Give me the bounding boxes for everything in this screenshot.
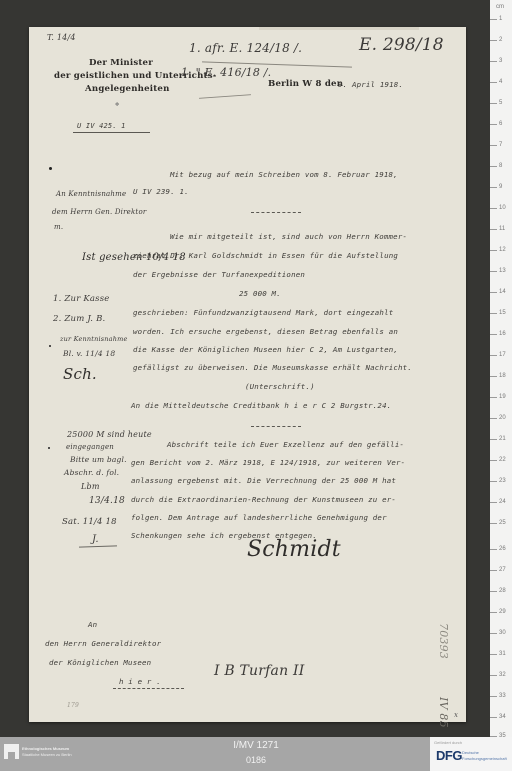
dfg-name-2: Forschungsgemeinschaft (462, 756, 507, 761)
punch-mark (49, 345, 51, 347)
margin-note-8-stroke (79, 545, 117, 547)
para3-line2: gen Bericht vom 2. März 1918, E 124/1918… (131, 458, 405, 467)
margin-note-1b: dem Herrn Gen. Direktor (52, 208, 146, 216)
amount: 25 000 M. (239, 289, 281, 298)
margin-note-7: Sat. 11/4 18 (62, 517, 117, 527)
dateline-place: Berlin W 8 den (268, 79, 343, 89)
para3-line3: anlassung ergebenst mit. Die Verrechnung… (131, 476, 396, 485)
bank-line: An die Mitteldeutsche Creditbank h i e r… (131, 401, 391, 410)
margin-note-8: J. (92, 534, 99, 545)
dfg-name-1: Deutsche (462, 750, 479, 755)
para1-line3: der Ergebnisse der Turfanexpeditionen (133, 270, 305, 279)
viewer-footer: Ethnologisches Museum Staatliche Museen … (0, 737, 512, 771)
letterhead-line1: Der Minister (89, 58, 153, 68)
margin-note-3a: 1. Zur Kasse (53, 294, 110, 304)
header-note-stroke-2 (199, 94, 251, 99)
cm-ruler: cm 1 2 3 4 5 6 7 8 9 10 11 12 13 14 15 1… (490, 0, 512, 737)
margin-note-5: Sch. (63, 365, 97, 383)
signature: Schmidt (247, 537, 341, 562)
funded-by-label: Gefördert durch (434, 740, 462, 745)
punch-mark (49, 167, 52, 170)
separator-1 (251, 212, 301, 213)
address-line3: der Königlichen Museen (49, 658, 151, 667)
vertical-archive-number: 70393 (437, 623, 450, 659)
punch-mark (48, 447, 50, 449)
para3-line1: Abschrift teile ich Euer Exzellenz auf d… (167, 440, 404, 449)
margin-note-1c: m. (54, 223, 63, 231)
document-page: T. 14/4 Der Minister der geistlichen und… (29, 27, 466, 722)
margin-note-6c: Bitte um bagl. (70, 455, 127, 464)
para2-line2: worden. Ich ersuche ergebenst, diesen Be… (133, 327, 398, 336)
address-line2: den Herrn Generaldirektor (45, 639, 161, 648)
para2-line1: geschrieben: Fünfundzwanzigtausend Mark,… (133, 308, 393, 317)
body-intro: Mit bezug auf mein Schreiben vom 8. Febr… (170, 170, 398, 179)
registry-number: E. 298/18 (359, 35, 444, 55)
margin-note-4b: Bl. v. 11/4 18 (63, 349, 115, 358)
vertical-mark: x (454, 711, 458, 719)
margin-note-6b: eingegangen (66, 443, 114, 451)
margin-note-6f: 13/4.18 (89, 496, 125, 506)
margin-note-3b: 2. Zum J. B. (53, 314, 105, 324)
bottom-note: I B Turfan II (214, 663, 304, 679)
separator-2 (251, 426, 301, 427)
letterhead-line3: Angelegenheiten (85, 84, 170, 94)
address-line1: An (88, 620, 97, 629)
paper-edge-fold (259, 27, 419, 30)
address-underline (113, 688, 184, 689)
header-note-line1: 1. afr. E. 124/18 /. (189, 41, 302, 55)
para3-line5: folgen. Dem Antrage auf landesherrliche … (131, 513, 387, 522)
dateline-date: 9. April 1918. (338, 80, 403, 89)
vertical-ref: IV 85 (437, 697, 450, 728)
para3-line4: durch die Extraordinarien-Rechnung der K… (131, 495, 396, 504)
file-ref-underline (73, 132, 150, 133)
margin-note-6e: Lbm (81, 482, 100, 491)
margin-note-6d: Abschr. d. fol. (64, 468, 119, 477)
margin-note-2: Ist gesehen 10/4 18 (82, 252, 186, 263)
file-reference: U IV 425. 1 (77, 122, 126, 130)
dfg-logo-icon: DFG (436, 748, 462, 763)
para1-line1: Wie mir mitgeteilt ist, sind auch von He… (170, 232, 407, 241)
body-ref2: U IV 239. 1. (133, 187, 189, 196)
ruler-unit: cm (496, 4, 504, 10)
address-line4: h i e r . (119, 677, 161, 686)
margin-note-1a: An Kenntnisnahme (56, 190, 126, 198)
dfg-logo-block: Gefördert durch DFG Deutsche Forschungsg… (430, 737, 512, 771)
ornament-icon: ❖ (115, 100, 119, 108)
para2-line3: die Kasse der Königlichen Museen hier C … (133, 345, 398, 354)
signature-placeholder: (Unterschrift.) (245, 382, 315, 391)
margin-note-4a: zur Kenntnisnahme (60, 335, 128, 343)
margin-note-6a: 25000 M sind heute (67, 430, 152, 439)
corner-note: T. 14/4 (47, 33, 76, 42)
header-note-line2: 1. " E. 416/18 /. (181, 66, 271, 79)
para2-line4: gefälligst zu überweisen. Die Museumskas… (133, 363, 412, 372)
page-number: 179 (67, 702, 79, 709)
